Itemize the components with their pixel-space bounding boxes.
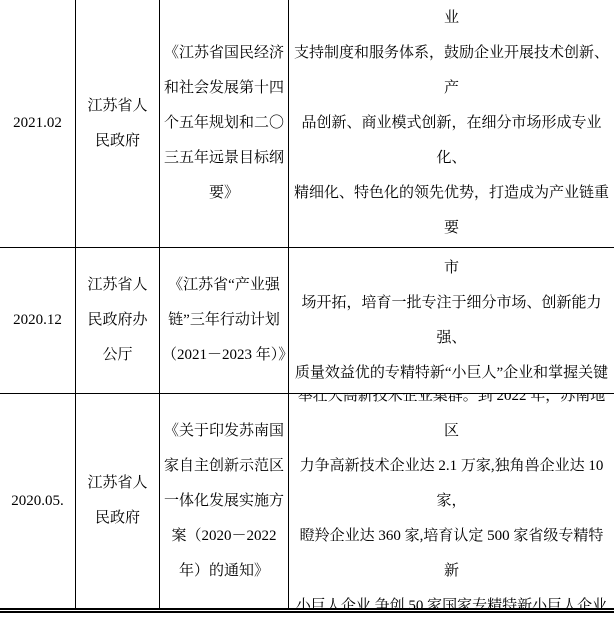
table-row: 2020.12 江苏省人 民政府办 公厅 《江苏省“产业强 链”三年行动计划 （… (0, 248, 614, 394)
date-cell: 2020.12 (0, 248, 76, 393)
title-cell: 《关于印发苏南国 家自主创新示范区 一体化发展实施方 案（2020－2022 年… (160, 394, 289, 608)
content-cell: 着力培育专精特新“小巨人”。大力支持中小微企 业走专精特新发展之路，完善小微企业… (289, 0, 614, 247)
content-cell: 支持中小企业技术创新、管理提升、直接融资、市 场开拓，培育一批专注于细分市场、创… (289, 248, 614, 393)
agency-cell: 江苏省人 民政府办 公厅 (76, 248, 160, 393)
table-row: 2021.02 江苏省人 民政府 《江苏省国民经济 和社会发展第十四 个五年规划… (0, 0, 614, 248)
content-cell: 实行省、市高新技术企业培育库衔接机制，量质并 举壮大高新技术企业集群。到 202… (289, 394, 614, 608)
policy-table: 2021.02 江苏省人 民政府 《江苏省国民经济 和社会发展第十四 个五年规划… (0, 0, 614, 613)
date-cell: 2021.02 (0, 0, 76, 247)
title-cell: 《江苏省国民经济 和社会发展第十四 个五年规划和二〇 三五年远景目标纲 要》 (160, 0, 289, 247)
document-page: 2021.02 江苏省人 民政府 《江苏省国民经济 和社会发展第十四 个五年规划… (0, 0, 614, 617)
agency-cell: 江苏省人 民政府 (76, 0, 160, 247)
title-cell: 《江苏省“产业强 链”三年行动计划 （2021－2023 年）》 (160, 248, 289, 393)
agency-cell: 江苏省人 民政府 (76, 394, 160, 608)
date-cell: 2020.05. (0, 394, 76, 608)
table-row: 2020.05. 江苏省人 民政府 《关于印发苏南国 家自主创新示范区 一体化发… (0, 394, 614, 608)
